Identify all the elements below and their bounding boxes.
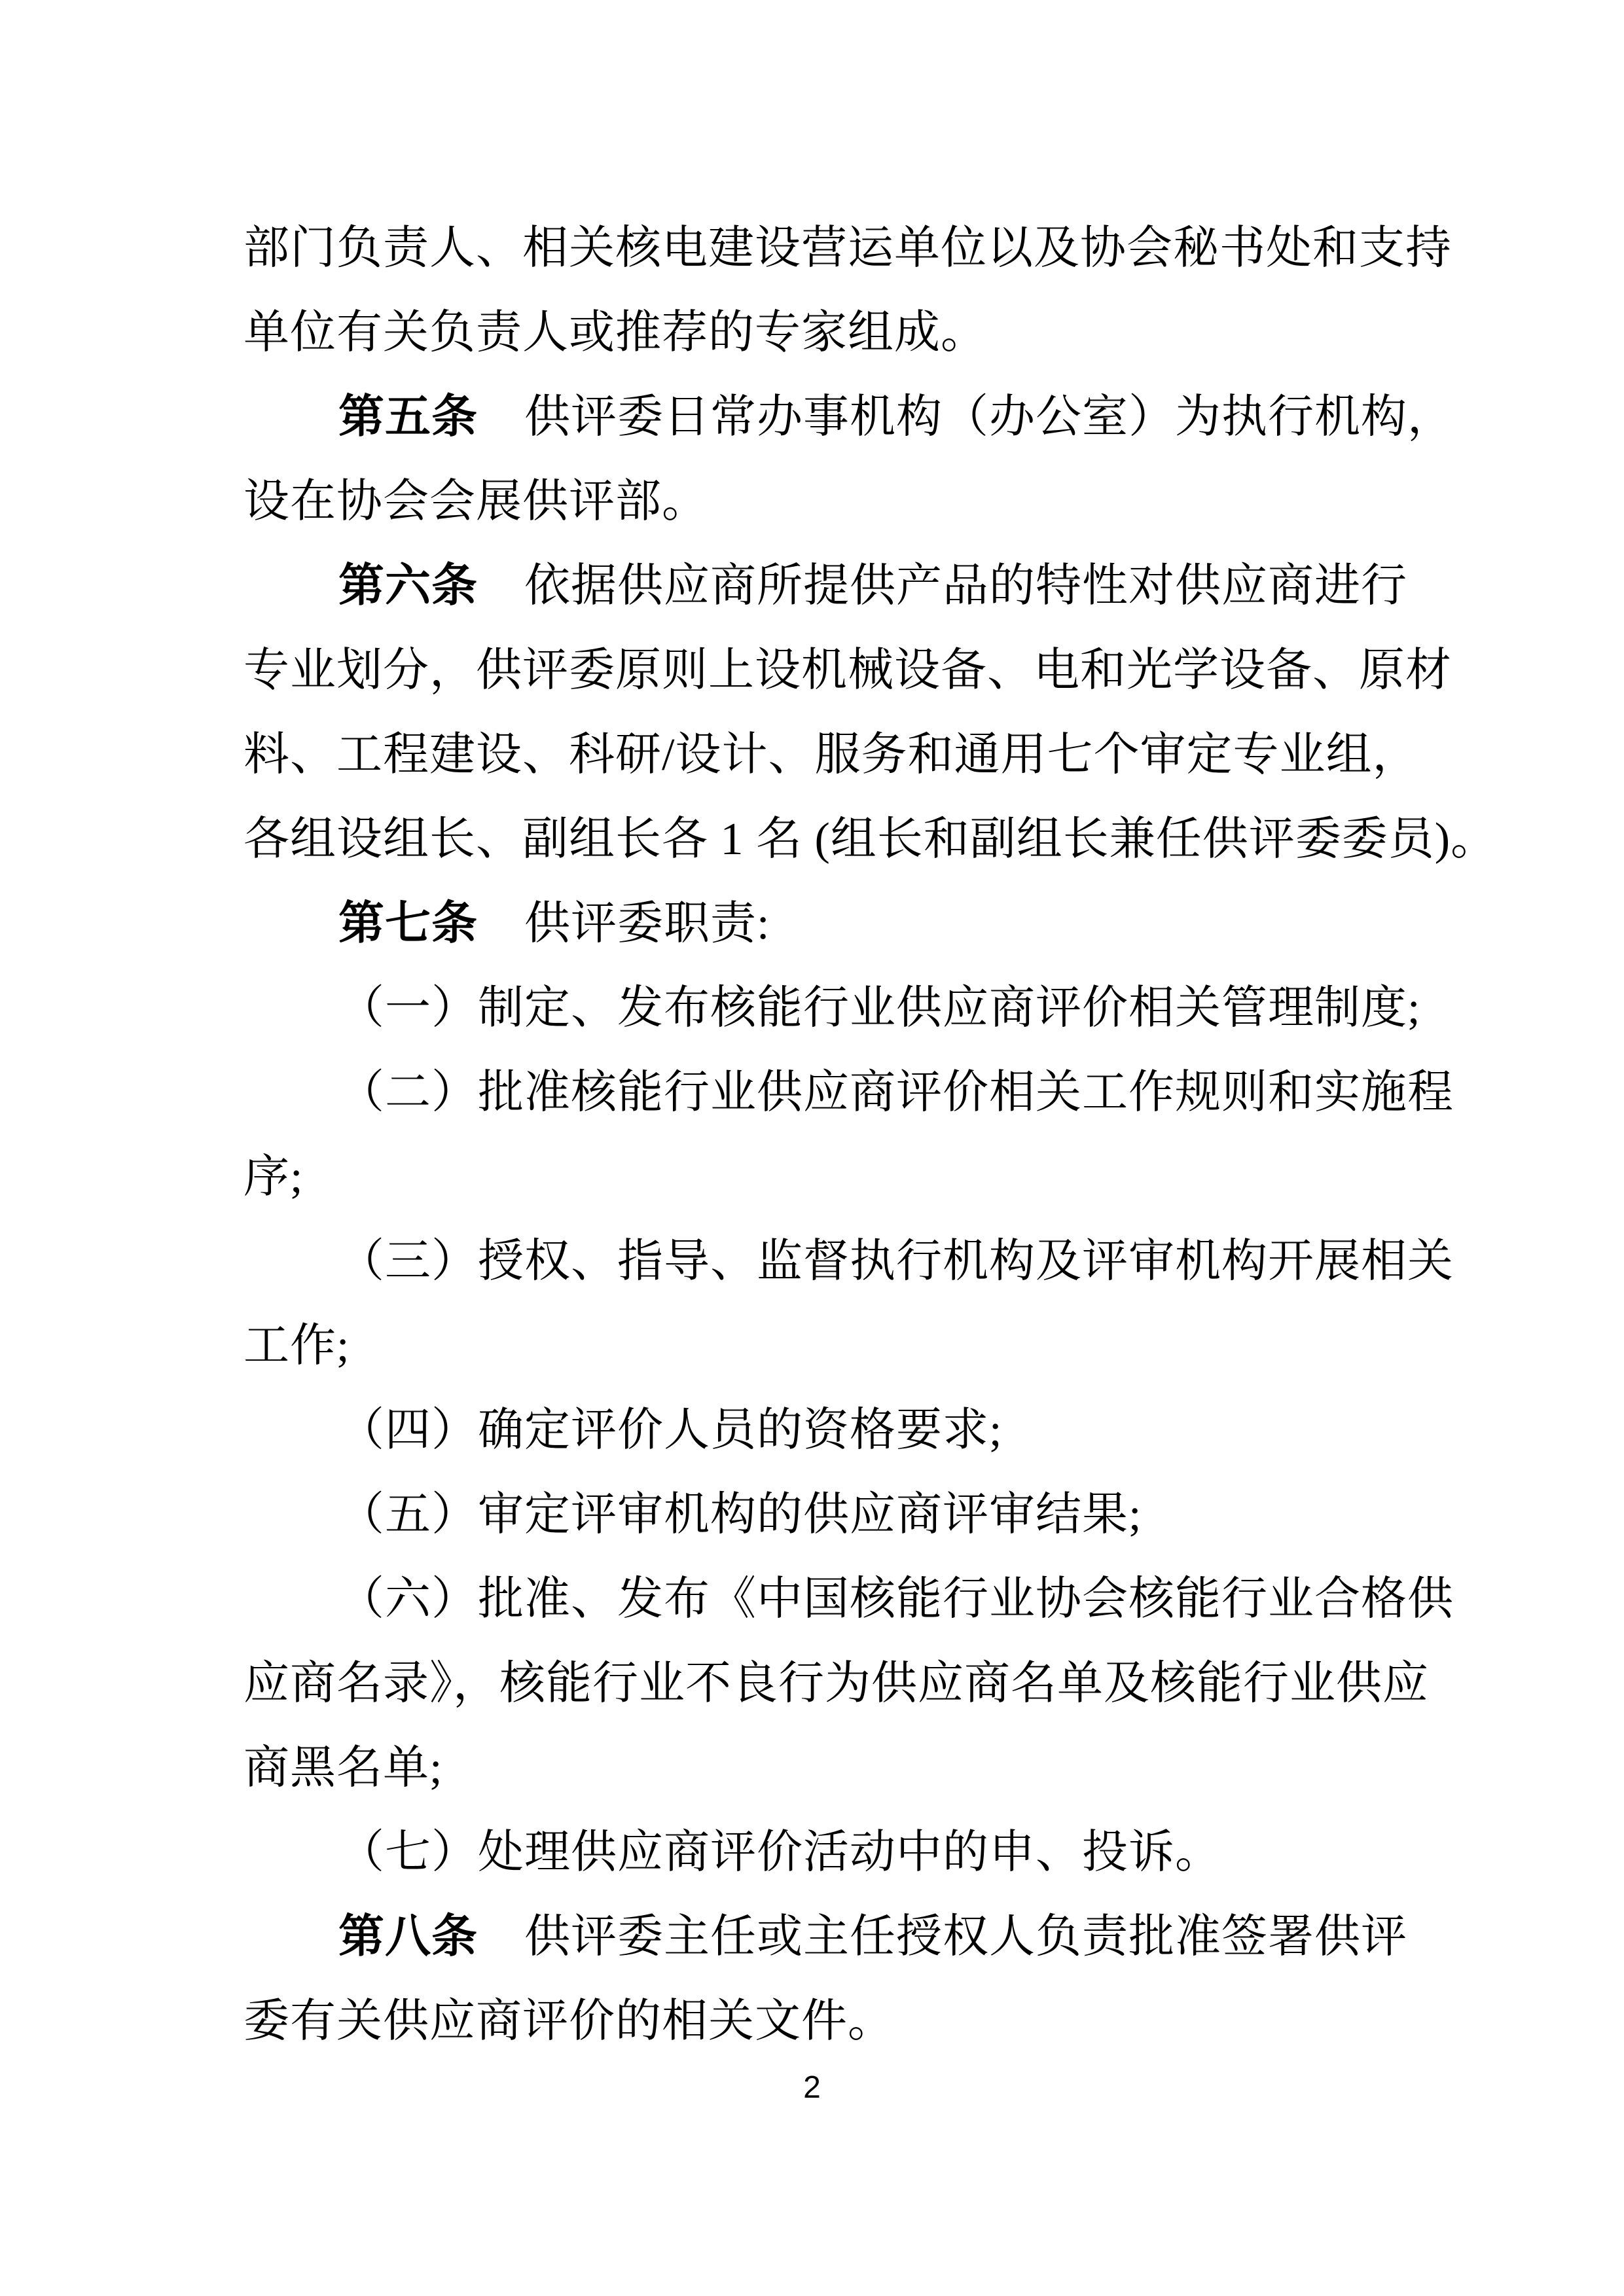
article-heading: 第五条 xyxy=(338,392,478,442)
line-text: 供评委日常办事机构（办公室）为执行机构， xyxy=(478,392,1454,442)
line-text: 专业划分，供评委原则上设机械设备、电和光学设备、原材 xyxy=(244,645,1452,696)
text-line: 第七条 供评委职责: xyxy=(244,882,1386,966)
text-line: 料、工程建设、科研/设计、服务和通用七个审定专业组， xyxy=(244,713,1386,797)
line-text: 单位有关负责人或推荐的专家组成。 xyxy=(244,308,987,358)
line-text: 设在协会会展供评部。 xyxy=(244,476,708,527)
article-heading: 第七条 xyxy=(338,899,478,949)
text-line: 设在协会会展供评部。 xyxy=(244,459,1386,544)
document-body-text: 部门负责人、相关核电建设营运单位以及协会秘书处和支持单位有关负责人或推荐的专家组… xyxy=(244,206,1386,2064)
line-text: （五）审定评审机构的供应商评审结果; xyxy=(338,1490,1142,1540)
line-text: （二）批准核能行业供应商评价相关工作规则和实施程 xyxy=(338,1067,1454,1118)
text-line: 各组设组长、副组长各 1 名 (组长和副组长兼任供评委委员)。 xyxy=(244,797,1386,882)
text-line: 应商名录》，核能行业不良行为供应商名单及核能行业供应 xyxy=(244,1641,1386,1726)
line-text: （六）批准、发布《中国核能行业协会核能行业合格供 xyxy=(338,1574,1454,1624)
text-line: 专业划分，供评委原则上设机械设备、电和光学设备、原材 xyxy=(244,628,1386,713)
text-line: （二）批准核能行业供应商评价相关工作规则和实施程 xyxy=(244,1050,1386,1135)
text-line: （三）授权、指导、监督执行机构及评审机构开展相关 xyxy=(244,1219,1386,1304)
text-line: （四）确定评价人员的资格要求; xyxy=(244,1388,1386,1473)
text-line: 工作; xyxy=(244,1304,1386,1388)
line-text: 序; xyxy=(244,1152,303,1202)
text-line: 第六条 依据供应商所提供产品的特性对供应商进行 xyxy=(244,544,1386,628)
line-text: 料、工程建设、科研/设计、服务和通用七个审定专业组， xyxy=(244,730,1418,780)
document-page: 部门负责人、相关核电建设营运单位以及协会秘书处和支持单位有关负责人或推荐的专家组… xyxy=(0,0,1624,2296)
line-text: 部门负责人、相关核电建设营运单位以及协会秘书处和支持 xyxy=(244,223,1452,274)
line-text: （七）处理供应商评价活动中的申、投诉。 xyxy=(338,1827,1221,1878)
line-text: 工作; xyxy=(244,1321,350,1371)
line-text: 依据供应商所提供产品的特性对供应商进行 xyxy=(478,561,1407,611)
line-text: （三）授权、指导、监督执行机构及评审机构开展相关 xyxy=(338,1236,1454,1287)
line-text: （四）确定评价人员的资格要求; xyxy=(338,1405,1002,1456)
text-line: 部门负责人、相关核电建设营运单位以及协会秘书处和支持 xyxy=(244,206,1386,291)
line-text: 商黑名单; xyxy=(244,1743,442,1793)
text-line: （一）制定、发布核能行业供应商评价相关管理制度; xyxy=(244,966,1386,1050)
text-line: 委有关供应商评价的相关文件。 xyxy=(244,1979,1386,2064)
line-text: 各组设组长、副组长各 1 名 (组长和副组长兼任供评委委员)。 xyxy=(244,814,1497,865)
page-number: 2 xyxy=(0,2068,1624,2108)
line-text: 供评委职责: xyxy=(478,899,770,949)
line-text: 供评委主任或主任授权人负责批准签署供评 xyxy=(478,1912,1407,1962)
text-line: （六）批准、发布《中国核能行业协会核能行业合格供 xyxy=(244,1557,1386,1641)
text-line: （七）处理供应商评价活动中的申、投诉。 xyxy=(244,1810,1386,1895)
line-text: 应商名录》，核能行业不良行为供应商名单及核能行业供应 xyxy=(244,1659,1429,1709)
article-heading: 第六条 xyxy=(338,561,478,611)
article-heading: 第八条 xyxy=(338,1912,478,1962)
text-line: 单位有关负责人或推荐的专家组成。 xyxy=(244,291,1386,375)
line-text: （一）制定、发布核能行业供应商评价相关管理制度; xyxy=(338,983,1420,1033)
text-line: （五）审定评审机构的供应商评审结果; xyxy=(244,1473,1386,1557)
text-line: 商黑名单; xyxy=(244,1726,1386,1810)
text-line: 第五条 供评委日常办事机构（办公室）为执行机构， xyxy=(244,375,1386,459)
text-line: 序; xyxy=(244,1135,1386,1219)
text-line: 第八条 供评委主任或主任授权人负责批准签署供评 xyxy=(244,1895,1386,1979)
line-text: 委有关供应商评价的相关文件。 xyxy=(244,1996,894,2047)
